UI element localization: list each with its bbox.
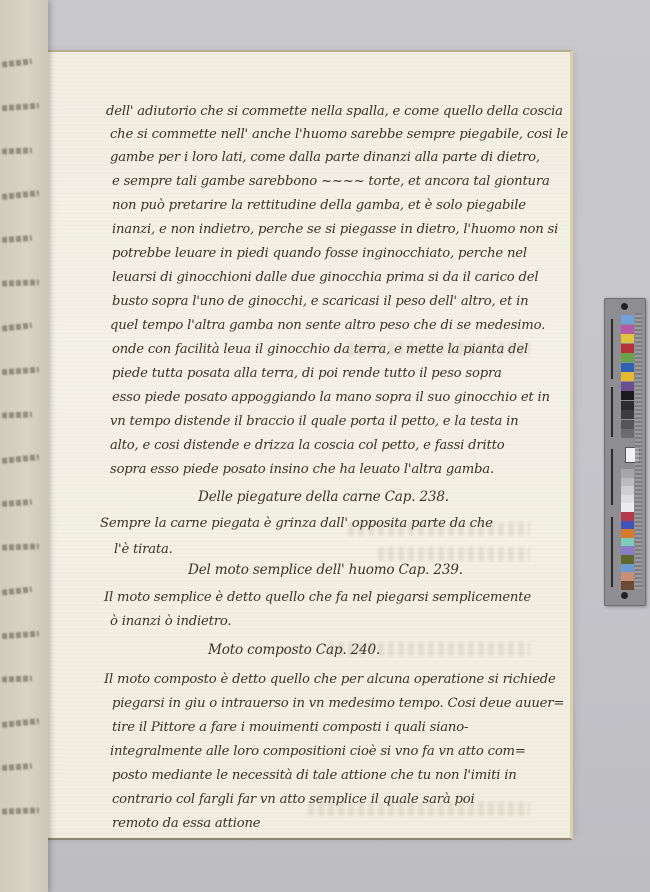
left-page-ghost-line [2,763,32,771]
color-swatch [621,363,634,372]
chapter-heading: Del moto semplice dell' huomo Cap. 239. [188,562,463,578]
target-rail [611,387,613,437]
manuscript-line: esso piede posato appoggiando la mano so… [112,390,550,405]
manuscript-line: non può pretarire la rettitudine della g… [112,198,526,213]
manuscript-line: Sempre la carne piegata è grinza dall' o… [100,516,493,531]
color-swatch [621,325,634,334]
color-swatch [621,401,634,410]
left-page-ghost-line [2,279,39,286]
left-page-ghost-line [2,543,39,550]
manuscript-line: busto sopra l'uno de ginocchi, e scarica… [112,294,528,309]
color-swatch [621,429,634,438]
manuscript-line: vn tempo distende il braccio il quale po… [110,414,518,429]
manuscript-line: tire il Pittore a fare i mouimenti compo… [112,720,468,735]
manuscript-line: sopra esso piede posato insino che ha le… [110,462,494,477]
manuscript-line: dell' adiutorio che si commette nella sp… [106,104,563,119]
left-page-ghost-line [2,367,39,376]
manuscript-line: potrebbe leuare in piedi quando fosse in… [112,246,527,261]
left-page-ghost-line [2,58,32,67]
manuscript-line: ò inanzi ò indietro. [110,614,231,629]
color-swatch [621,382,634,391]
left-page-ghost-line [2,103,39,112]
chapter-heading: Delli moti appropriati agl' effetti dell… [190,838,498,840]
ink-bleed-through [378,547,530,561]
color-swatch [621,334,634,343]
manuscript-line: Il moto composto è detto quello che per … [104,672,556,687]
manuscript-line: quel tempo l'altra gamba non sente altro… [110,318,545,333]
left-page-ghost-line [2,631,39,640]
left-page-ghost-line [2,499,32,507]
target-rail [611,517,613,587]
manuscript-line: che si commette nell' anche l'huomo sare… [110,127,568,142]
color-swatch [621,410,634,419]
manuscript-line: integralmente alle loro compositioni cio… [110,744,526,759]
left-page-ghost-line [2,190,39,200]
left-page-edge [0,0,48,892]
left-page-ghost-line [2,411,32,418]
color-swatch [621,372,634,381]
manuscript-line: remoto da essa attione [112,816,260,831]
color-swatch [621,353,634,362]
manuscript-page: dell' adiutorio che si commette nella sp… [48,50,573,840]
manuscript-line: Il moto semplice è detto quello che fa n… [104,590,531,605]
left-page-ghost-line [2,454,39,464]
left-page-ghost-line [2,675,32,682]
chapter-heading: Delle piegature della carne Cap. 238. [198,489,449,505]
color-swatch [621,344,634,353]
manuscript-line: onde con facilità leua il ginocchio da t… [112,342,528,357]
manuscript-line: inanzi, e non indietro, perche se si pie… [112,222,558,237]
left-page-ghost-line [2,807,39,814]
color-swatch [621,315,634,324]
color-swatch [621,420,634,429]
left-page-ghost-line [2,586,32,595]
manuscript-line: leuarsi di ginocchioni dalle due ginocch… [112,270,538,285]
target-rail [611,449,613,505]
manuscript-line: l'è tirata. [114,542,173,557]
manuscript-line: piede tutta posata alla terra, di poi re… [112,366,502,381]
manuscript-line: e sempre tali gambe sarebbono ~~~~ torte… [112,174,550,189]
color-swatch [621,581,634,590]
target-rail [611,319,613,379]
mount-hole [621,592,628,599]
mount-hole [621,303,628,310]
manuscript-line: piegarsi in giu o intrauerso in vn medes… [112,696,564,711]
manuscript-line: posto mediante le necessità di tale atti… [112,768,517,783]
color-swatch [621,391,634,400]
target-scale [635,313,642,589]
manuscript-line: contrario col fargli far vn atto semplic… [112,792,475,807]
color-calibration-target [604,298,646,606]
manuscript-line: gambe per i loro lati, come dalla parte … [110,150,540,165]
left-page-ghost-line [2,235,32,243]
manuscript-line: alto, e cosi distende e drizza la coscia… [110,438,505,453]
left-page-ghost-line [2,718,39,728]
left-page-ghost-line [2,322,32,331]
chapter-heading: Moto composto Cap. 240. [208,642,380,658]
left-page-ghost-line [2,147,32,154]
